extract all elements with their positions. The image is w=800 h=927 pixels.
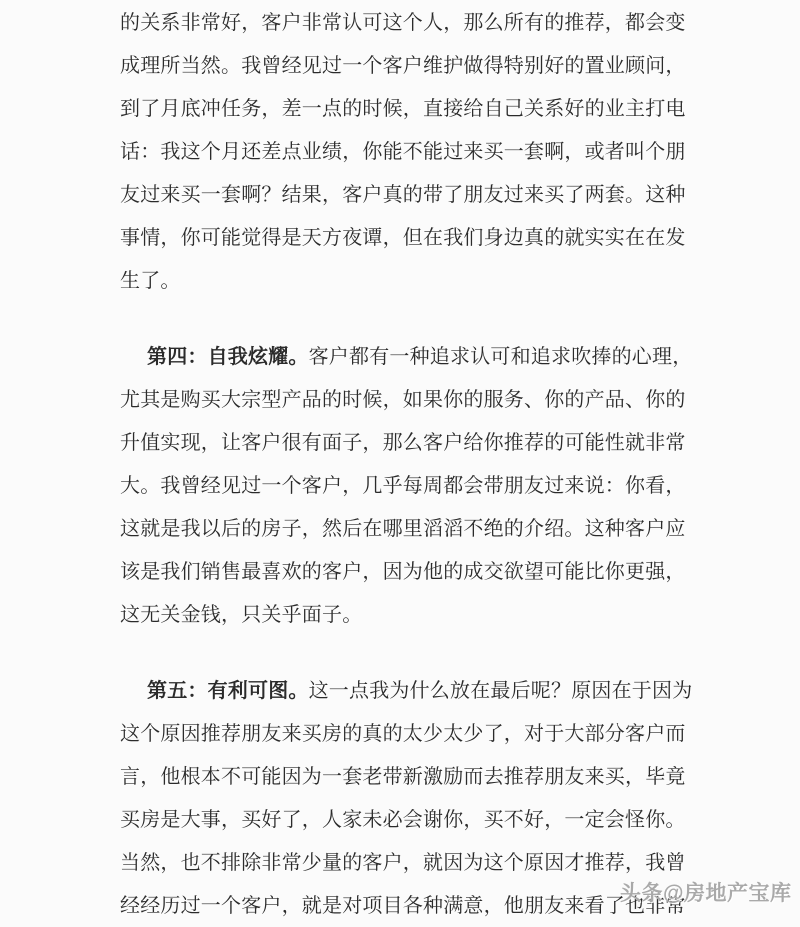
text-line: 这无关金钱，只关乎面子。 <box>120 594 682 637</box>
paragraph: 第五：有利可图。这一点我为什么放在最后呢？原因在于因为这个原因推荐朋友来买房的真… <box>120 670 682 927</box>
paragraph-lead: 第五：有利可图。 <box>147 680 309 702</box>
text-line: 升值实现，让客户很有面子，那么客户给你推荐的可能性就非常 <box>120 422 682 465</box>
document-page: 的关系非常好，客户非常认可这个人，那么所有的推荐，都会变成理所当然。我曾经见过一… <box>0 0 800 927</box>
text-line: 该是我们销售最喜欢的客户，因为他的成交欲望可能比你更强， <box>120 551 682 594</box>
text-line: 成理所当然。我曾经见过一个客户维护做得特别好的置业顾问， <box>120 45 682 88</box>
text-line: 这就是我以后的房子，然后在哪里滔滔不绝的介绍。这种客户应 <box>120 508 682 551</box>
paragraph: 第四：自我炫耀。客户都有一种追求认可和追求吹捧的心理，尤其是购买大宗型产品的时候… <box>120 336 682 637</box>
text-line: 生了。 <box>120 260 682 303</box>
text-line: 第四：自我炫耀。客户都有一种追求认可和追求吹捧的心理， <box>120 336 682 379</box>
paragraph-lead: 第四：自我炫耀。 <box>147 346 309 368</box>
watermark: 头条@房地产宝库 <box>620 877 791 907</box>
text-line: 买房是大事，买好了，人家未必会谢你，买不好，一定会怪你。 <box>120 799 682 842</box>
text-line: 的关系非常好，客户非常认可这个人，那么所有的推荐，都会变 <box>120 2 682 45</box>
text-line: 言，他根本不可能因为一套老带新激励而去推荐朋友来买，毕竟 <box>120 756 682 799</box>
text-line: 经经历过一个客户，就是对项目各种满意，他朋友来看了也非常 <box>120 885 682 927</box>
text-line: 到了月底冲任务，差一点的时候，直接给自己关系好的业主打电 <box>120 88 682 131</box>
paragraph: 的关系非常好，客户非常认可这个人，那么所有的推荐，都会变成理所当然。我曾经见过一… <box>120 2 682 303</box>
text-line: 第五：有利可图。这一点我为什么放在最后呢？原因在于因为 <box>120 670 682 713</box>
text-line: 友过来买一套啊？结果，客户真的带了朋友过来买了两套。这种 <box>120 174 682 217</box>
text-line: 尤其是购买大宗型产品的时候，如果你的服务、你的产品、你的 <box>120 379 682 422</box>
text-line: 事情，你可能觉得是天方夜谭，但在我们身边真的就实实在在发 <box>120 217 682 260</box>
text-line: 话：我这个月还差点业绩，你能不能过来买一套啊，或者叫个朋 <box>120 131 682 174</box>
text-line: 这个原因推荐朋友来买房的真的太少太少了，对于大部分客户而 <box>120 713 682 756</box>
article: 的关系非常好，客户非常认可这个人，那么所有的推荐，都会变成理所当然。我曾经见过一… <box>0 0 800 927</box>
text-line: 大。我曾经见过一个客户，几乎每周都会带朋友过来说：你看， <box>120 465 682 508</box>
text-line: 当然，也不排除非常少量的客户，就因为这个原因才推荐，我曾 <box>120 842 682 885</box>
